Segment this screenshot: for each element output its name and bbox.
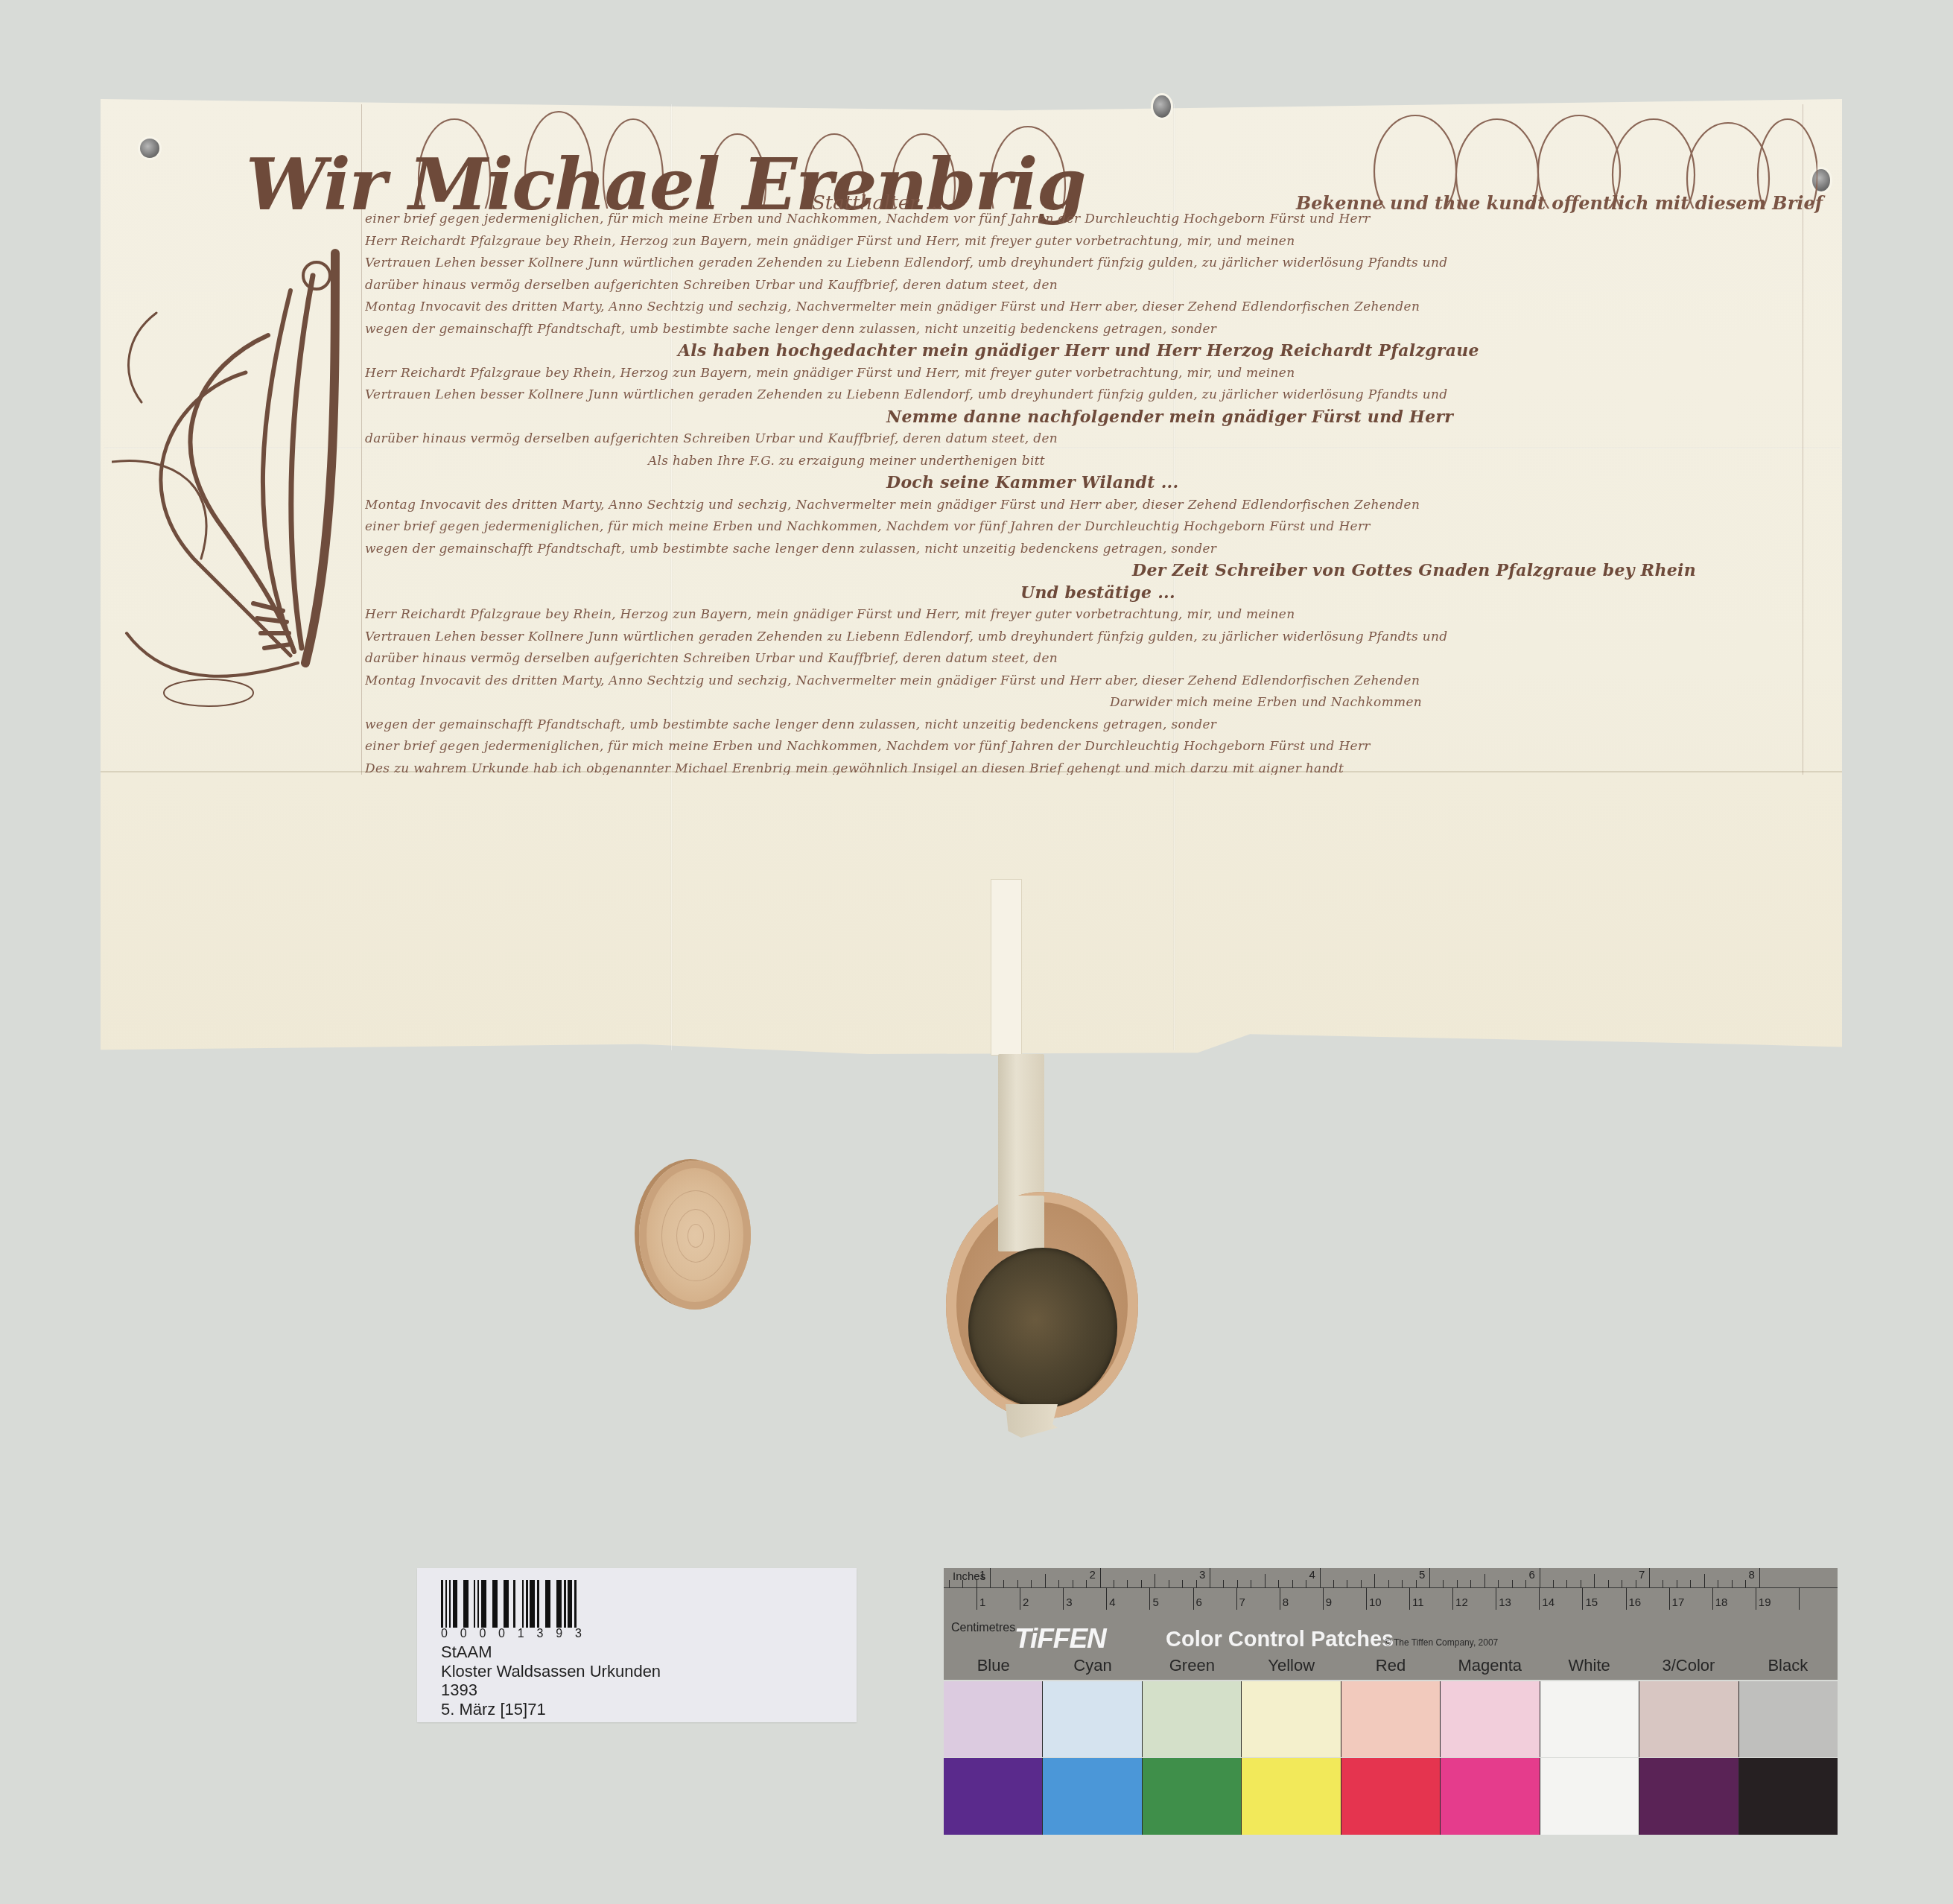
text-line-emphasis: Als haben hochgedachter mein gnädiger He…	[365, 340, 1836, 363]
color-patch-light	[1540, 1681, 1639, 1757]
cm-tick-label: 5	[1152, 1596, 1158, 1609]
archive-label-text: StAAM Kloster Waldsassen Urkunden 1393 5…	[441, 1643, 661, 1719]
inch-tick-label: 6	[1529, 1569, 1535, 1581]
inch-tick	[1484, 1574, 1485, 1587]
inch-tick	[1210, 1568, 1210, 1587]
inch-tick	[1553, 1580, 1554, 1587]
text-line: Montag Invocavit des dritten Marty, Anno…	[365, 495, 1836, 517]
inch-tick	[1223, 1580, 1224, 1587]
seal-strap-tail	[1006, 1404, 1058, 1438]
inch-tick	[1058, 1580, 1059, 1587]
cm-tick	[1582, 1587, 1583, 1610]
inch-tick	[1540, 1568, 1540, 1587]
color-patch-dark	[1242, 1758, 1341, 1835]
inch-tick	[1114, 1580, 1114, 1587]
cm-tick	[1323, 1587, 1324, 1610]
inch-tick	[1429, 1568, 1430, 1587]
inch-tick	[1718, 1580, 1718, 1587]
cm-tick-label: 11	[1412, 1596, 1424, 1609]
color-patch-dark	[1341, 1758, 1441, 1835]
inch-tick	[1045, 1574, 1046, 1587]
cm-tick	[1669, 1587, 1670, 1610]
text-line: einer brief gegen jedermeniglichen, für …	[365, 516, 1836, 539]
color-patch-light	[1639, 1681, 1738, 1757]
inch-tick	[1443, 1580, 1444, 1587]
cm-tick-label: 7	[1239, 1596, 1245, 1609]
cm-tick	[1452, 1587, 1453, 1610]
text-line: Vertrauen Lehen besser Kollnere Junn wür…	[365, 384, 1836, 407]
cm-tick-label: 6	[1196, 1596, 1202, 1609]
cm-tick	[1409, 1587, 1410, 1610]
patch-name-magenta: Magenta	[1441, 1656, 1540, 1680]
inch-tick	[1759, 1568, 1760, 1587]
text-line: Als haben Ihre F.G. zu erzaigung meiner …	[365, 451, 1836, 473]
color-control-chart: Inches 12345678 123456789101112131415161…	[944, 1568, 1838, 1836]
parchment-plica-fold	[101, 771, 1842, 1056]
inch-tick-label: 2	[1090, 1569, 1096, 1581]
wax-seal	[968, 1248, 1117, 1408]
text-line: Herr Reichardt Pfalzgraue bey Rhein, Her…	[365, 363, 1836, 385]
chart-copyright: © The Tiffen Company, 2007	[1385, 1637, 1498, 1648]
cm-tick-label: 14	[1542, 1596, 1555, 1609]
inch-tick	[1416, 1580, 1417, 1587]
inch-tick	[1265, 1574, 1266, 1587]
inch-tick	[1608, 1580, 1609, 1587]
patch-name-black: Black	[1738, 1656, 1838, 1680]
cm-tick-label: 18	[1715, 1596, 1728, 1609]
light-patches-row	[944, 1681, 1838, 1757]
inch-tick	[1498, 1580, 1499, 1587]
color-patch-light	[1341, 1681, 1441, 1757]
cm-tick-label: 16	[1629, 1596, 1642, 1609]
cm-tick	[1626, 1587, 1627, 1610]
cm-tick	[1193, 1587, 1194, 1610]
inch-tick	[1100, 1568, 1101, 1587]
centimetres-caption: Centimetres	[951, 1622, 1015, 1635]
text-line: Herr Reichardt Pfalzgraue bey Rhein, Her…	[365, 604, 1836, 626]
color-patch-light	[1242, 1681, 1341, 1757]
text-line: Herr Reichardt Pfalzgraue bey Rhein, Her…	[365, 231, 1836, 253]
inch-tick	[1622, 1580, 1622, 1587]
text-line: Montag Invocavit des dritten Marty, Anno…	[365, 670, 1836, 693]
patch-name-3color: 3/Color	[1639, 1656, 1738, 1680]
cm-tick	[1020, 1587, 1020, 1610]
inch-tick	[1320, 1568, 1321, 1587]
inch-tick	[1690, 1580, 1691, 1587]
text-line-emphasis: Nemme danne nachfolgender mein gnädiger …	[365, 407, 1836, 429]
color-patch-dark	[944, 1758, 1043, 1835]
inch-tick	[1663, 1580, 1663, 1587]
patch-name-white: White	[1540, 1656, 1639, 1680]
cm-tick	[1496, 1587, 1496, 1610]
inch-tick-label: 8	[1749, 1569, 1755, 1581]
inch-tick	[1196, 1580, 1197, 1587]
color-patch-light	[1143, 1681, 1242, 1757]
color-patch-dark	[1739, 1758, 1838, 1835]
inch-tick	[1347, 1580, 1347, 1587]
inch-tick	[1127, 1580, 1128, 1587]
inch-tick	[1086, 1580, 1087, 1587]
inch-tick	[1566, 1580, 1567, 1587]
text-line: einer brief gegen jedermeniglichen, für …	[365, 209, 1836, 231]
text-line: wegen der gemainschafft Pfandtschaft, um…	[365, 539, 1836, 561]
seal-strap-overlap	[998, 1196, 1044, 1251]
inch-tick-label: 4	[1309, 1569, 1315, 1581]
tiffen-logo: TiFFEN	[1014, 1623, 1106, 1654]
color-patch-dark	[1639, 1758, 1738, 1835]
cm-tick-label: 1	[979, 1596, 985, 1609]
color-patch-dark	[1043, 1758, 1142, 1835]
color-patch-dark	[1441, 1758, 1540, 1835]
inch-tick	[1333, 1580, 1334, 1587]
charter-body-text: einer brief gegen jedermeniglichen, für …	[365, 209, 1836, 775]
inch-tick	[1581, 1580, 1581, 1587]
inch-tick	[990, 1568, 991, 1587]
inch-tick	[1251, 1580, 1251, 1587]
cm-tick	[976, 1587, 977, 1610]
archive-name: StAAM	[441, 1643, 661, 1662]
inch-tick	[1306, 1580, 1306, 1587]
inch-tick	[1017, 1580, 1018, 1587]
inch-tick	[1649, 1568, 1650, 1587]
cm-tick-label: 9	[1326, 1596, 1332, 1609]
color-patch-dark	[1143, 1758, 1242, 1835]
text-line-emphasis: Doch seine Kammer Wilandt ...	[365, 472, 1836, 495]
text-line-emphasis: Und bestätige ...	[365, 583, 1836, 605]
document-date: 5. März [15]71	[441, 1700, 661, 1719]
inch-tick	[1003, 1580, 1004, 1587]
text-line: Montag Invocavit des dritten Marty, Anno…	[365, 296, 1836, 319]
inch-tick	[1470, 1580, 1471, 1587]
text-line: einer brief gegen jedermeniglichen, für …	[365, 736, 1836, 758]
text-line-emphasis: Der Zeit Schreiber von Gottes Gnaden Pfa…	[365, 560, 1836, 583]
cm-tick	[1756, 1587, 1756, 1610]
chart-title: Color Control Patches	[1166, 1628, 1394, 1652]
inch-tick	[1155, 1574, 1155, 1587]
inch-tick	[1278, 1580, 1279, 1587]
cm-tick	[1236, 1587, 1237, 1610]
inch-tick	[1704, 1574, 1705, 1587]
color-patch-dark	[1540, 1758, 1639, 1835]
cm-tick-label: 19	[1759, 1596, 1771, 1609]
color-patch-light	[1043, 1681, 1142, 1757]
text-line: Darwider mich meine Erben und Nachkommen	[365, 692, 1836, 714]
inch-tick	[1745, 1580, 1746, 1587]
inch-ruler: Inches 12345678	[944, 1568, 1838, 1588]
cm-tick-label: 13	[1499, 1596, 1511, 1609]
seal-capsule-lid	[639, 1161, 751, 1310]
inch-tick	[1292, 1580, 1293, 1587]
collection-name: Kloster Waldsassen Urkunden	[441, 1662, 661, 1681]
inch-tick	[1732, 1580, 1733, 1587]
inch-tick	[1677, 1580, 1677, 1587]
cm-tick-label: 2	[1023, 1596, 1029, 1609]
mounting-pin-icon	[140, 139, 159, 158]
inch-tick	[949, 1580, 950, 1587]
cm-tick-label: 12	[1455, 1596, 1468, 1609]
patch-name-cyan: Cyan	[1043, 1656, 1142, 1680]
text-line: Vertrauen Lehen besser Kollnere Junn wür…	[365, 626, 1836, 649]
text-line: wegen der gemainschafft Pfandtschaft, um…	[365, 714, 1836, 737]
inch-tick	[1141, 1580, 1142, 1587]
inch-tick-label: 7	[1639, 1569, 1645, 1581]
cm-tick-label: 8	[1283, 1596, 1289, 1609]
inch-tick	[1594, 1574, 1595, 1587]
inch-tick	[1512, 1580, 1513, 1587]
cm-tick-label: 10	[1369, 1596, 1382, 1609]
barcode-number: 00001393	[441, 1628, 594, 1641]
cm-tick-label: 15	[1585, 1596, 1598, 1609]
inch-tick	[1374, 1574, 1375, 1587]
seal-strap-slit	[991, 879, 1022, 1056]
patch-names-row: Blue Cyan Green Yellow Red Magenta White…	[944, 1656, 1838, 1680]
cm-tick-label: 17	[1672, 1596, 1685, 1609]
text-line: wegen der gemainschafft Pfandtschaft, um…	[365, 319, 1836, 341]
cm-tick	[1063, 1587, 1064, 1610]
document-number: 1393	[441, 1681, 661, 1700]
inch-tick	[1031, 1580, 1032, 1587]
cm-tick	[1280, 1587, 1280, 1610]
inch-tick	[1073, 1580, 1073, 1587]
inch-tick	[1457, 1580, 1458, 1587]
cm-tick	[1799, 1587, 1800, 1610]
patch-name-yellow: Yellow	[1242, 1656, 1341, 1680]
text-line: Des zu wahrem Urkunde hab ich obgenannte…	[365, 758, 1836, 775]
color-patch-light	[944, 1681, 1043, 1757]
barcode	[441, 1580, 577, 1628]
color-patch-light	[1739, 1681, 1838, 1757]
cm-tick-label: 3	[1066, 1596, 1072, 1609]
inch-tick-label: 1	[979, 1569, 985, 1581]
patch-name-red: Red	[1341, 1656, 1440, 1680]
dark-patches-row	[944, 1758, 1838, 1835]
cm-tick	[1539, 1587, 1540, 1610]
color-patch-light	[1441, 1681, 1540, 1757]
text-line: darüber hinaus vermög derselben aufgeric…	[365, 648, 1836, 670]
inch-tick	[1388, 1580, 1389, 1587]
inch-tick	[962, 1580, 963, 1587]
cm-tick	[1366, 1587, 1367, 1610]
inch-tick-label: 3	[1199, 1569, 1205, 1581]
inch-tick	[1402, 1580, 1403, 1587]
patch-name-blue: Blue	[944, 1656, 1043, 1680]
cm-tick	[1149, 1587, 1150, 1610]
inch-tick	[1636, 1580, 1636, 1587]
inch-tick	[976, 1580, 977, 1587]
inch-tick-label: 5	[1419, 1569, 1425, 1581]
patch-name-green: Green	[1143, 1656, 1242, 1680]
cm-tick-label: 4	[1109, 1596, 1115, 1609]
inch-tick	[1525, 1580, 1526, 1587]
decorated-initial-icon	[112, 246, 365, 708]
text-line: Vertrauen Lehen besser Kollnere Junn wür…	[365, 253, 1836, 275]
inch-tick	[1182, 1580, 1183, 1587]
text-line: darüber hinaus vermög derselben aufgeric…	[365, 275, 1836, 297]
archive-label: 00001393 StAAM Kloster Waldsassen Urkund…	[417, 1568, 857, 1722]
text-line: darüber hinaus vermög derselben aufgeric…	[365, 428, 1836, 451]
cm-ruler: 12345678910111213141516171819	[944, 1587, 1838, 1621]
inch-tick	[1361, 1580, 1362, 1587]
inch-tick	[1237, 1580, 1238, 1587]
inch-tick	[1169, 1580, 1169, 1587]
cm-tick	[1106, 1587, 1107, 1610]
cm-tick	[1712, 1587, 1713, 1610]
